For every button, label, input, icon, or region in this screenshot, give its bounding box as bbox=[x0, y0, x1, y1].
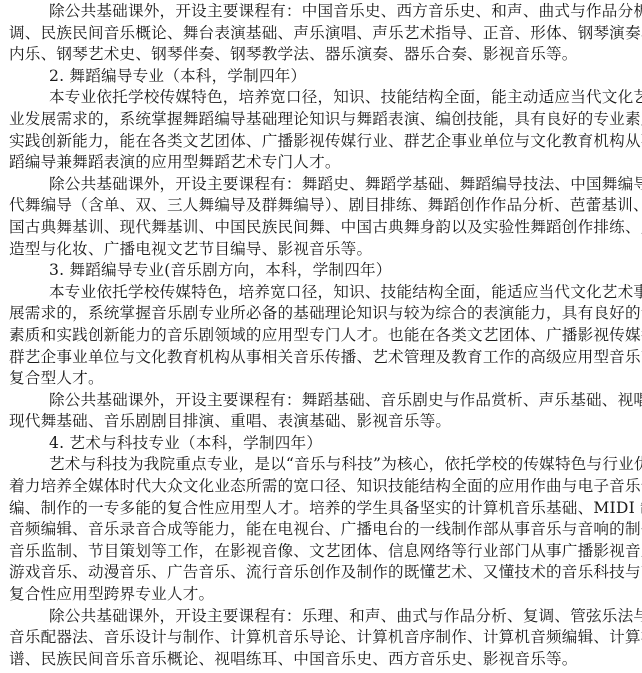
section-heading-art-technology: 4. 艺术与科技专业（本科，学制四年） bbox=[9, 433, 637, 455]
text-line: 除公共基础课外，开设主要课程有：中国音乐史、西方音乐史、和声、曲式与作品分析、复 bbox=[9, 1, 637, 23]
text-line: 蹈编导兼舞蹈表演的应用型舞蹈艺术专门人才。 bbox=[9, 152, 637, 174]
text-line: 谱、民族民间音乐音乐概论、视唱练耳、中国音乐史、西方音乐史、影视音乐等。 bbox=[9, 649, 637, 671]
text-line: 音乐配器法、音乐设计与制作、计算机音乐导论、计算机音序制作、计算机音频编辑、计算… bbox=[9, 627, 637, 649]
paragraph-dance-courses: 除公共基础课外，开设主要课程有：舞蹈史、舞蹈学基础、舞蹈编导技法、中国舞编导、现… bbox=[9, 174, 637, 260]
text-line: 群艺企事业单位与文化教育机构从事相关音乐传播、艺术管理及教育工作的高级应用型音乐… bbox=[9, 347, 637, 369]
text-line: 实践创新能力，能在各类文艺团体、广播影视传媒行业、群艺企事业单位与文化教育机构从… bbox=[9, 131, 637, 153]
section-heading-musical-theatre: 3. 舞蹈编导专业(音乐剧方向，本科，学制四年） bbox=[9, 260, 637, 282]
text-line: 业发展需求的，系统掌握舞蹈编导基础理论知识与舞蹈表演、编创技能，具有良好的专业素… bbox=[9, 109, 637, 131]
text-line: 展需求的，系统掌握音乐剧专业所必备的基础理论知识与较为综合的表演能力，具有良好的… bbox=[9, 303, 637, 325]
paragraph-dance-intro: 本专业依托学校传媒特色，培养宽口径，知识、技能结构全面，能主动适应当代文化艺术事… bbox=[9, 87, 637, 173]
text-line: 音频编辑、音乐录音合成等能力，能在电视台、广播电台的一线制作部从事音乐与音响的制… bbox=[9, 519, 637, 541]
text-line: 复合性应用型跨界专业人才。 bbox=[9, 584, 637, 606]
text-line: 除公共基础课外，开设主要课程有：舞蹈史、舞蹈学基础、舞蹈编导技法、中国舞编导、现 bbox=[9, 174, 637, 196]
section-heading-dance-choreography: 2. 舞蹈编导专业（本科，学制四年） bbox=[9, 66, 637, 88]
text-line: 复合型人才。 bbox=[9, 368, 637, 390]
paragraph-art-tech-intro: 艺术与科技为我院重点专业，是以“音乐与科技”为核心，依托学校的传媒特色与行业优势… bbox=[9, 454, 637, 605]
paragraph-musical-intro: 本专业依托学校传媒特色，培养宽口径，知识、技能结构全面，能适应当代文化艺术事业发… bbox=[9, 282, 637, 390]
text-line: 本专业依托学校传媒特色，培养宽口径，知识、技能结构全面，能适应当代文化艺术事业发 bbox=[9, 282, 637, 304]
text-line: 现代舞基础、音乐剧剧目排演、重唱、表演基础、影视音乐等。 bbox=[9, 411, 637, 433]
text-line: 编、制作的一专多能的复合性应用型人才。培养的学生具备坚实的计算机音乐基础、MID… bbox=[9, 498, 637, 520]
text-line: 音乐监制、节目策划等工作，在影视音像、文艺团体、信息网络等行业部门从事广播影视音… bbox=[9, 541, 637, 563]
text-line: 国古典舞基训、现代舞基训、中国民族民间舞、中国古典舞身韵以及实验性舞蹈创作排练、… bbox=[9, 217, 637, 239]
text-line: 代舞编导（含单、双、三人舞编导及群舞编导）、剧目排练、舞蹈创作作品分析、芭蕾基训… bbox=[9, 195, 637, 217]
paragraph-music-courses: 除公共基础课外，开设主要课程有：中国音乐史、西方音乐史、和声、曲式与作品分析、复… bbox=[9, 1, 637, 66]
text-line: 造型与化妆、广播电视文艺节目编导、影视音乐等。 bbox=[9, 239, 637, 261]
text-line: 除公共基础课外，开设主要课程有：乐理、和声、曲式与作品分析、复调、管弦乐法与电子 bbox=[9, 606, 637, 628]
text-line: 内乐、钢琴艺术史、钢琴伴奏、钢琴教学法、器乐演奏、器乐合奏、影视音乐等。 bbox=[9, 44, 637, 66]
document-page: 除公共基础课外，开设主要课程有：中国音乐史、西方音乐史、和声、曲式与作品分析、复… bbox=[9, 1, 637, 670]
text-line: 着力培养全媒体时代大众文化业态所需的宽口径、知识技能结构全面的应用作曲与电子音乐… bbox=[9, 476, 637, 498]
paragraph-art-tech-courses: 除公共基础课外，开设主要课程有：乐理、和声、曲式与作品分析、复调、管弦乐法与电子… bbox=[9, 606, 637, 671]
paragraph-musical-courses: 除公共基础课外，开设主要课程有：舞蹈基础、音乐剧史与作品赏析、声乐基础、视唱练耳… bbox=[9, 390, 637, 433]
text-line: 艺术与科技为我院重点专业，是以“音乐与科技”为核心，依托学校的传媒特色与行业优势… bbox=[9, 454, 637, 476]
text-line: 调、民族民间音乐概论、舞台表演基础、声乐演唱、声乐艺术指导、正音、形体、钢琴演奏… bbox=[9, 23, 637, 45]
text-line: 游戏音乐、动漫音乐、广告音乐、流行音乐创作及制作的既懂艺术、又懂技术的音乐科技与… bbox=[9, 562, 637, 584]
text-line: 除公共基础课外，开设主要课程有：舞蹈基础、音乐剧史与作品赏析、声乐基础、视唱练耳… bbox=[9, 390, 637, 412]
text-line: 素质和实践创新能力的音乐剧领域的应用型专门人才。也能在各类文艺团体、广播影视传媒… bbox=[9, 325, 637, 347]
text-line: 本专业依托学校传媒特色，培养宽口径，知识、技能结构全面，能主动适应当代文化艺术事 bbox=[9, 87, 637, 109]
